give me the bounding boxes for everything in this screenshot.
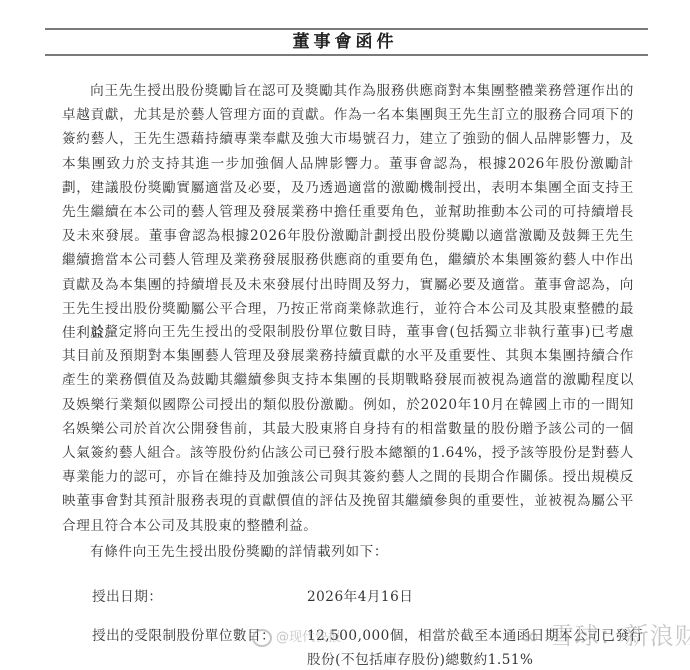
paragraph-2-text: 於釐定將向王先生授出的受限制股份單位數目時，董事會(包括獨立非執行董事)已考慮其… (62, 324, 634, 534)
weibo-watermark: @现代快报 (252, 626, 341, 647)
xueqiu-watermark: ∞ 雪球：新浪财经 (520, 616, 690, 651)
paragraph-1-text: 向王先生授出股份獎勵旨在認可及獎勵其作為服務供應商對本集團整體業務營運作出的卓越… (62, 83, 634, 341)
weibo-logo-icon (252, 629, 272, 647)
paragraph-3: 有條件向王先生授出股份獎勵的詳情載列如下： (62, 540, 634, 564)
header-rule-bottom (45, 54, 648, 56)
paragraph-2: 於釐定將向王先生授出的受限制股份單位數目時，董事會(包括獨立非執行董事)已考慮其… (62, 320, 634, 538)
paragraph-3-text: 有條件向王先生授出股份獎勵的詳情載列如下： (90, 544, 388, 560)
detail-label: 授出的受限制股份單位數目： (92, 624, 275, 648)
page-title: 董事會函件 (0, 30, 690, 54)
weibo-handle: @现代快报 (276, 630, 341, 645)
detail-label: 授出日期： (92, 585, 162, 609)
xueqiu-logo-icon: ∞ (520, 622, 541, 650)
detail-value: 2026年4月16日 (307, 585, 647, 609)
xueqiu-text: 雪球：新浪财经 (550, 622, 690, 650)
paragraph-1: 向王先生授出股份獎勵旨在認可及獎勵其作為服務供應商對本集團整體業務營運作出的卓越… (62, 79, 634, 345)
